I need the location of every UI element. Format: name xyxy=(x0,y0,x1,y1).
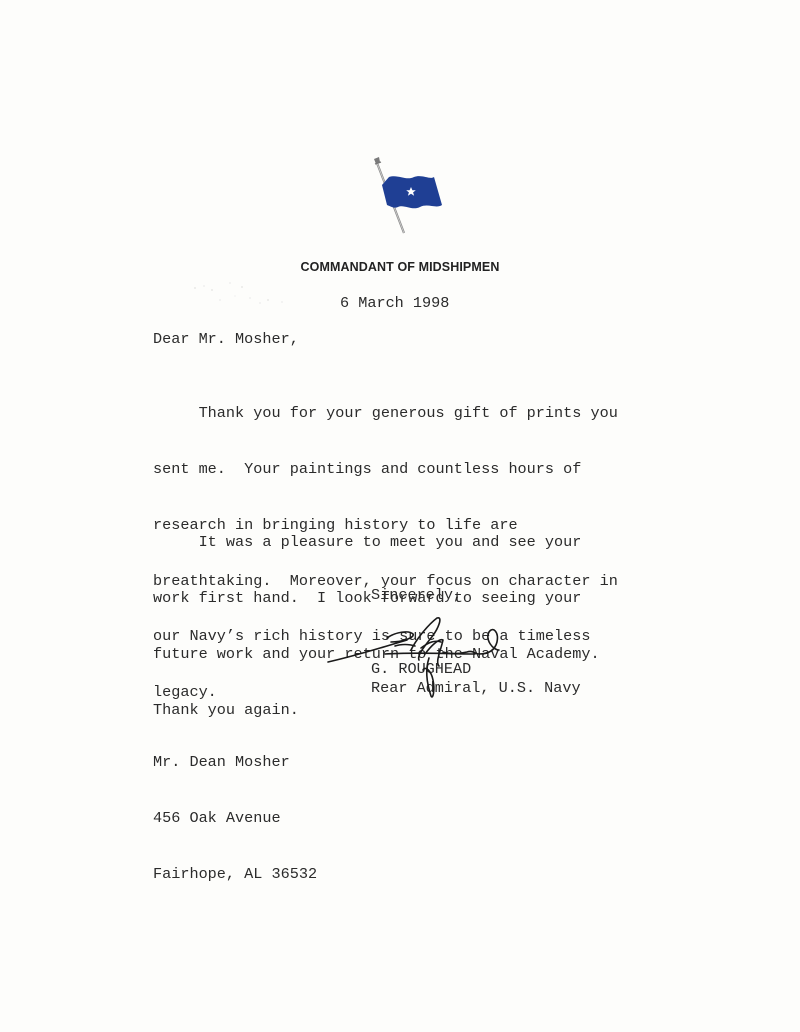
body-line: sent me. Your paintings and countless ho… xyxy=(153,460,618,479)
flag-emblem-icon xyxy=(362,155,444,237)
closing: Sincerely, xyxy=(371,586,462,605)
body-line: It was a pleasure to meet you and see yo… xyxy=(153,533,600,552)
letter-date: 6 March 1998 xyxy=(340,294,449,313)
body-line: Thank you for your generous gift of prin… xyxy=(153,404,618,423)
handwritten-signature-icon xyxy=(325,610,525,705)
address-line: Fairhope, AL 36532 xyxy=(153,865,317,884)
letterhead-title: COMMANDANT OF MIDSHIPMEN xyxy=(0,260,800,274)
address-line: 456 Oak Avenue xyxy=(153,809,317,828)
recipient-address: Mr. Dean Mosher 456 Oak Avenue Fairhope,… xyxy=(153,716,317,902)
scan-specks xyxy=(190,278,300,308)
salutation: Dear Mr. Mosher, xyxy=(153,330,299,349)
address-line: Mr. Dean Mosher xyxy=(153,753,317,772)
